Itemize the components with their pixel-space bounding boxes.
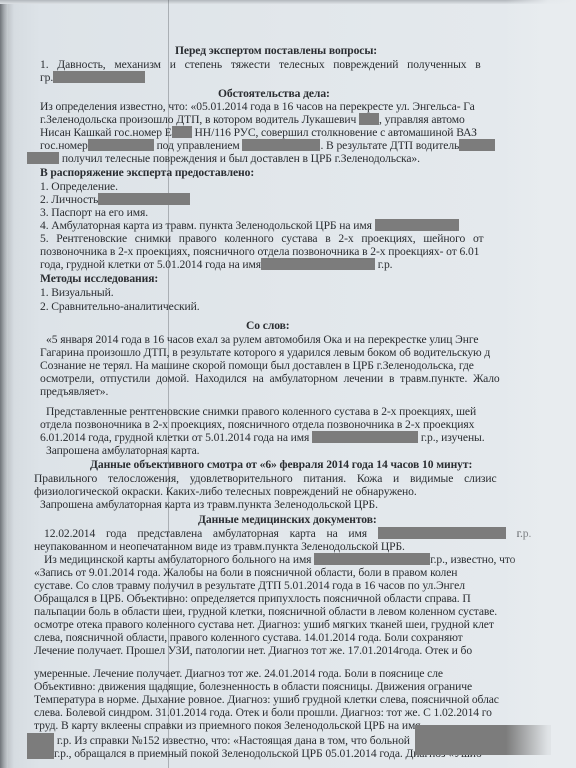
provided-item: 5. Рентгеновские снимки правого коленног… (40, 232, 484, 246)
redacted-plate (88, 139, 154, 151)
medical-line: Температура в норме. Дыхание ровное. Диа… (34, 693, 499, 707)
redacted-name (53, 71, 145, 83)
medical-line: «Запись от 9.01.2014 года. Жалобы на бол… (34, 566, 457, 580)
redacted-name (375, 219, 459, 231)
medical-line: пальпации боль в области шеи, грудной кл… (34, 605, 497, 619)
method-item: 1. Визуальный. (40, 286, 114, 300)
provided-item: 2. Личность (40, 193, 190, 207)
redacted-name (27, 733, 54, 759)
redacted-name-block (415, 725, 551, 755)
statement-line: осмотрели, отпустили домой. Находился на… (40, 372, 500, 386)
xray-line: отдела позвоночника в 2-х проекциях, поя… (40, 418, 474, 432)
method-item: 2. Сравнительно-аналитический. (40, 300, 200, 314)
section-title-provided: В распоряжение эксперта предоставлено: (40, 166, 254, 180)
circumstances-line: Из определения известно, что: «05.01.201… (40, 100, 475, 114)
circumstances-line: гос.номер под управлением . В результате… (40, 139, 495, 153)
question-1-subject: гр. (40, 71, 145, 85)
circumstances-line: Нисан Кашкай гос.номер Е НН/116 РУС, сов… (40, 126, 477, 140)
section-title-words: Со слов: (246, 319, 290, 333)
section-title-medical: Данные медицинских документов: (198, 513, 377, 527)
medical-line: умеренные. Лечение получает. Диагноз тот… (34, 667, 443, 681)
redacted-name (27, 152, 59, 164)
medical-line: Лечение получает. Прошел УЗИ, патологии … (34, 644, 472, 658)
redacted-name (242, 139, 320, 151)
medical-line: Обращался в ЦРБ. Объективно: определяетс… (34, 592, 471, 606)
medical-line: Из медицинской карты амбулаторного больн… (44, 553, 515, 567)
redacted-name (98, 193, 190, 205)
statement-line: предъявляет». (40, 385, 108, 399)
circumstances-line: г.Зеленодольска произошло ДТП, в котором… (40, 113, 465, 127)
redacted-name (261, 258, 375, 270)
medical-line: неупакованном и неопечатанном виде из тр… (34, 540, 405, 554)
exam-line: физиологической окраски. Каких-либо теле… (34, 485, 417, 499)
provided-item: позвоночника в 2-х проекциях, поясничног… (40, 245, 479, 259)
provided-item: 3. Паспорт на его имя. (40, 206, 148, 220)
circumstances-line: получил телесные повреждения и был доста… (27, 152, 420, 166)
section-title-questions: Перед экспертом поставлены вопросы: (175, 44, 377, 58)
scan-top-edge (0, 0, 576, 4)
statement-line: «5 января 2014 года в 16 часов ехал за р… (46, 333, 478, 347)
section-title-exam: Данные объективного смотра от «6» феврал… (90, 458, 472, 472)
medical-line: труд. В карту вклеены справки из приемно… (34, 719, 420, 733)
redacted-name (378, 527, 506, 539)
section-title-circumstances: Обстоятельства дела: (218, 87, 330, 101)
statement-line: Гагарина произошло ДТП, в результате кот… (40, 346, 490, 360)
scan-overexposure (506, 0, 576, 768)
scan-page-edge (0, 0, 8, 768)
question-1: 1. Давность, механизм и степень тяжести … (40, 58, 481, 72)
section-title-methods: Методы исследования: (40, 272, 158, 286)
redacted-name (314, 553, 430, 565)
redacted-plate (172, 126, 192, 138)
exam-line: Запрошена амбулаторная карта из травм.пу… (40, 498, 378, 512)
xray-line: 6.01.2014 года, грудной клетки от 5.01.2… (40, 431, 485, 445)
medical-line: осмотре отека правого коленного сустава … (34, 618, 494, 632)
medical-line: слева. Болевой синдром. 31.01.2014 года.… (34, 706, 492, 720)
provided-item: 4. Амбулаторная карта из травм. пункта З… (40, 219, 459, 233)
xray-line: Запрошена амбулаторная карта. (46, 444, 199, 458)
redacted-name (312, 431, 418, 443)
redacted-name (359, 113, 379, 125)
provided-item: года, грудной клетки от 5.01.2014 года н… (40, 258, 392, 272)
statement-line: Сознание не терял. На машине скорой помо… (40, 359, 474, 373)
provided-item: 1. Определение. (40, 180, 118, 194)
medical-line: слева, поясничной области, правого колен… (34, 631, 463, 645)
exam-line: Правильного телосложения, удовлетворител… (34, 472, 497, 486)
medical-line: суставе. Со слов травму получил в резуль… (34, 579, 465, 593)
medical-line: Объективно: движения щадящие, болезненно… (34, 680, 472, 694)
redacted-name (459, 139, 495, 151)
xray-line: Представленные рентгеновские снимки прав… (46, 405, 476, 419)
medical-line: 12.02.2014 года представлена амбулаторна… (44, 527, 531, 541)
